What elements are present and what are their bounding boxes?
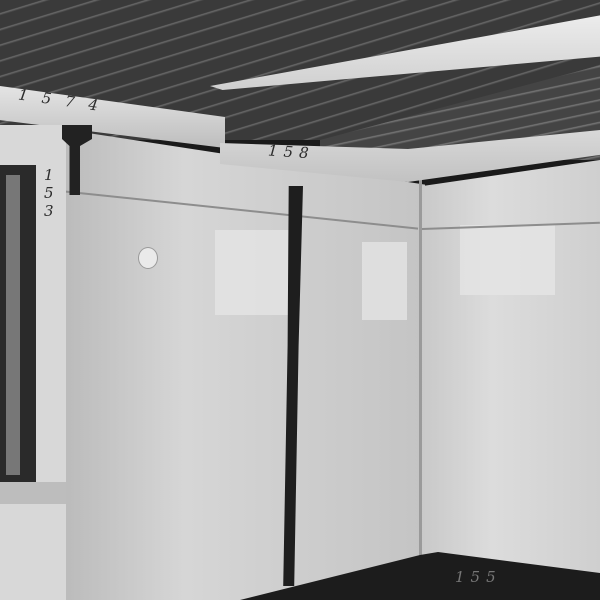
- wall-corner: [419, 178, 422, 558]
- light-patch: [215, 230, 295, 315]
- light-patch: [460, 225, 555, 295]
- handwritten-mark-window-trim: 153: [44, 166, 56, 220]
- wall-fixture: [138, 247, 158, 269]
- photograph: 1574 158 153 155: [0, 0, 600, 600]
- handwritten-mark-floor: 155: [455, 568, 502, 586]
- window-sill: [0, 482, 66, 504]
- left-wall: [55, 128, 425, 600]
- handwritten-mark-beam-center: 158: [267, 141, 315, 162]
- light-patch: [362, 242, 407, 320]
- window-muntin: [6, 175, 20, 475]
